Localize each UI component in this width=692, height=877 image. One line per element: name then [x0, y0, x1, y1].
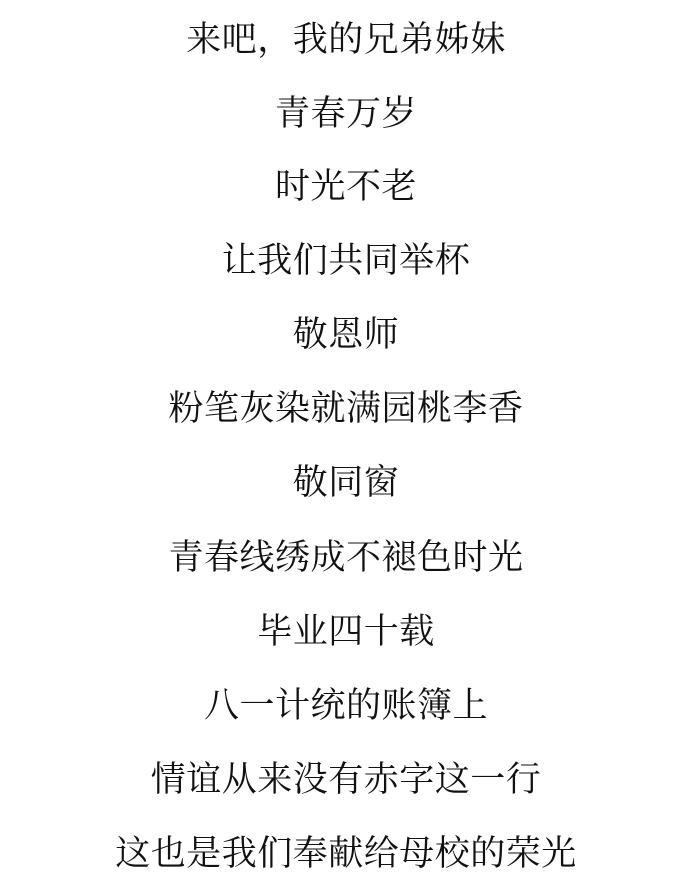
poem-line: 这也是我们奉献给母校的荣光: [0, 832, 692, 876]
poem-line: 敬同窗: [0, 461, 692, 505]
poem-text: 来吧，我的兄弟姊妹 青春万岁 时光不老 让我们共同举杯 敬恩师 粉笔灰染就满园桃…: [0, 0, 692, 877]
poem-line: 敬恩师: [0, 313, 692, 357]
poem-line: 毕业四十载: [0, 610, 692, 654]
poem-line: 让我们共同举杯: [0, 239, 692, 283]
poem-line: 粉笔灰染就满园桃李香: [0, 387, 692, 431]
poem-line: 情谊从来没有赤字这一行: [0, 758, 692, 802]
poem-line: 青春线绣成不褪色时光: [0, 536, 692, 580]
poem-line: 来吧，我的兄弟姊妹: [0, 18, 692, 62]
poem-line: 时光不老: [0, 165, 692, 209]
poem-line: 青春万岁: [0, 92, 692, 136]
poem-line: 八一计统的账簿上: [0, 684, 692, 728]
